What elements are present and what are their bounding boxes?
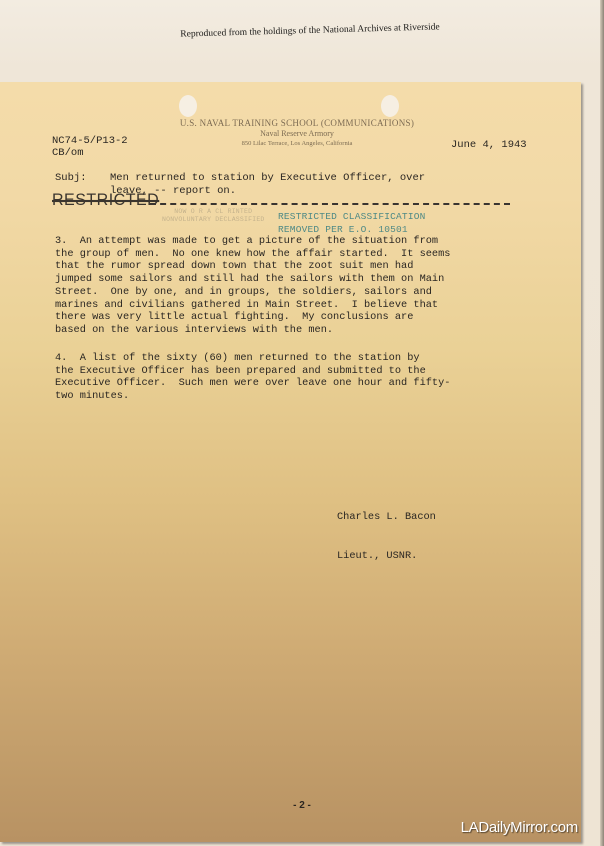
typist-initials: CB/om bbox=[52, 147, 128, 159]
site-watermark: LADailyMirror.com bbox=[461, 819, 578, 836]
punch-hole bbox=[179, 95, 197, 117]
reference-block: NC74-5/P13-2 CB/om bbox=[52, 135, 128, 159]
declassification-stamp: RESTRICTED CLASSIFICATION REMOVED PER E.… bbox=[278, 210, 426, 236]
signature-block: Charles L. Bacon Lieut., USNR. bbox=[337, 486, 436, 588]
page-number: - 2 - bbox=[0, 800, 604, 811]
paragraph-4: 4. A list of the sixty (60) men returned… bbox=[55, 352, 525, 403]
signer-title: Lieut., USNR. bbox=[337, 550, 436, 563]
file-number: NC74-5/P13-2 bbox=[52, 135, 128, 147]
document-photo: Reproduced from the holdings of the Nati… bbox=[0, 0, 604, 846]
letterhead-title: U.S. NAVAL TRAINING SCHOOL (COMMUNICATIO… bbox=[0, 118, 599, 128]
memo-page: U.S. NAVAL TRAINING SCHOOL (COMMUNICATIO… bbox=[0, 82, 581, 842]
subject-label: Subj: bbox=[55, 172, 87, 184]
paragraph-3: 3. An attempt was made to get a picture … bbox=[55, 235, 525, 337]
subject-text: Men returned to station by Executive Off… bbox=[110, 172, 470, 198]
faint-stamp: NOW O R A CL RINTED NONVOLUNTARY DECLASS… bbox=[162, 208, 265, 224]
signer-name: Charles L. Bacon bbox=[337, 511, 436, 524]
memo-date: June 4, 1943 bbox=[451, 139, 527, 151]
struck-classification: RESTRICTED bbox=[52, 192, 159, 211]
punch-hole bbox=[381, 95, 399, 117]
dashed-divider bbox=[150, 203, 510, 205]
archive-caption: Reproduced from the holdings of the Nati… bbox=[160, 22, 460, 40]
